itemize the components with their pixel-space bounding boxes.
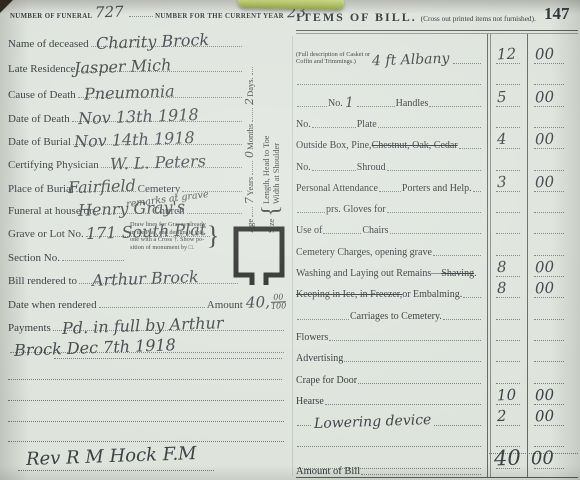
dollars-value: 3 bbox=[497, 175, 507, 190]
form-row: Name of deceasedCharity Brock bbox=[8, 29, 244, 50]
bill-row: Advertising bbox=[296, 344, 578, 365]
center-divider bbox=[292, 36, 293, 476]
dotted-rule bbox=[433, 254, 481, 256]
handwriting-value: 1 bbox=[344, 95, 353, 109]
blank-rule bbox=[8, 399, 284, 401]
dollars-value: 2 bbox=[497, 409, 507, 424]
age-column: Age 7 Years 0 Months 2 Days. bbox=[244, 36, 255, 233]
dotted-rule bbox=[378, 126, 481, 128]
form-row: Date when renderedAmount40,00100 bbox=[8, 290, 286, 311]
field-label: Grave or Lot No. bbox=[8, 228, 84, 240]
form-row: Date of BurialNov 14th 1918 bbox=[8, 127, 244, 148]
bill-row-label: Hearse bbox=[296, 396, 482, 408]
dotted-rule bbox=[329, 339, 481, 341]
form-row: Bill rendered toArthur Brock bbox=[8, 266, 240, 287]
handwriting-value: Charity Brock bbox=[96, 32, 210, 52]
dotted-rule bbox=[323, 232, 361, 234]
current-year-label: Number for the Current Year bbox=[155, 13, 284, 20]
dotted-rule bbox=[344, 360, 481, 362]
cents-value: 00 bbox=[535, 260, 555, 276]
fraction-denominator: 100 bbox=[271, 302, 287, 311]
blank-rule bbox=[8, 440, 284, 442]
dotted-rule bbox=[357, 105, 395, 107]
printed-text: Outside Box, Pine, bbox=[296, 140, 372, 152]
bill-row-label: prs. Gloves for bbox=[296, 204, 482, 216]
dollars-cell bbox=[496, 83, 520, 85]
dotted-rule bbox=[297, 424, 311, 426]
dollars-cell bbox=[496, 254, 520, 256]
cents-value: 00 bbox=[535, 387, 555, 403]
bill-row-label: (Full description of Casket orCoffin and… bbox=[296, 52, 482, 67]
cents-cell: 00 bbox=[534, 275, 564, 277]
dollars-cell bbox=[496, 382, 520, 384]
cents-value: 00 bbox=[535, 132, 555, 148]
bill-row-label: Lowering device bbox=[296, 415, 482, 429]
bill-row: Carriages to Cemetery. bbox=[296, 302, 578, 323]
handwriting-value: Pneumonia bbox=[84, 83, 175, 102]
bill-row: (Full description of Casket orCoffin and… bbox=[296, 46, 578, 67]
struck-out-text: Shaving bbox=[441, 268, 474, 280]
dollars-value: 5 bbox=[497, 89, 507, 104]
bill-row: Personal Attendance Porters and Help.300 bbox=[296, 174, 578, 195]
dotted-rule bbox=[251, 108, 253, 122]
cents-cell bbox=[534, 211, 564, 213]
minister-signature: Rev R M Hock F.M bbox=[26, 445, 197, 469]
cents-cell bbox=[534, 360, 564, 362]
dotted-rule bbox=[129, 15, 153, 17]
dotted-rule bbox=[387, 169, 481, 171]
bill-row-label: Cemetery Charges, opening grave bbox=[296, 247, 482, 259]
field-label: Place of Burial bbox=[8, 183, 74, 195]
total-cents-value: 00 bbox=[531, 450, 555, 469]
dotted-rule bbox=[443, 318, 481, 320]
dotted-rule bbox=[312, 169, 356, 171]
form-row: Funeral at house orChurchHenry Gray'srem… bbox=[8, 196, 244, 217]
field-label: Section No. bbox=[8, 252, 60, 264]
dollars-cell bbox=[496, 169, 520, 171]
bill-row-label: Keeping in Ice, in Freezer, or Embalming… bbox=[296, 289, 482, 301]
bill-row: No. 1 Handles500 bbox=[296, 89, 578, 110]
bill-row: Crape for Door bbox=[296, 366, 578, 387]
blank-rule bbox=[54, 357, 282, 359]
dotted-rule bbox=[297, 318, 349, 320]
field-label: Date of Death bbox=[8, 113, 70, 125]
dotted-rule bbox=[358, 382, 481, 384]
dollars-cell bbox=[496, 126, 520, 128]
years-label: Years bbox=[245, 177, 255, 196]
bill-row: prs. Gloves for bbox=[296, 195, 578, 216]
dotted-rule bbox=[459, 147, 481, 149]
handwriting-value: 171 South Plat bbox=[86, 222, 207, 242]
form-row: Late ResidenceJasper Mich bbox=[8, 54, 244, 75]
fraction-stack: 00100 bbox=[270, 293, 286, 311]
dollars-value: 12 bbox=[497, 47, 517, 63]
field-label: Date of Burial bbox=[8, 136, 71, 148]
field-label: Certifying Physician bbox=[8, 159, 99, 171]
printed-text: prs. Gloves for bbox=[326, 204, 386, 216]
cents-cell bbox=[534, 339, 564, 341]
dollars-value: 8 bbox=[497, 260, 507, 275]
dollars-cell bbox=[496, 318, 520, 320]
casket-description-line: Coffin and Trimmings.) bbox=[296, 59, 370, 66]
form-row: Brock Dec 7th 1918 bbox=[8, 335, 286, 356]
handwriting-value: Arthur Brock bbox=[92, 269, 199, 289]
size-brace: { bbox=[258, 205, 285, 217]
dotted-rule bbox=[453, 62, 481, 64]
total-dollars-value: 40 bbox=[494, 448, 521, 470]
printed-text: Cemetery Charges, opening grave bbox=[296, 247, 432, 259]
cents-cell bbox=[534, 254, 564, 256]
bill-row-label bbox=[296, 445, 482, 450]
struck-out-text: Keeping in Ice, in Freezer, bbox=[296, 289, 402, 301]
dotted-rule bbox=[312, 126, 356, 128]
bill-row: No. Shroud bbox=[296, 153, 578, 174]
dotted-rule bbox=[463, 296, 481, 298]
bill-row-label: Use of Chairs bbox=[296, 225, 482, 237]
cents-cell: 00 bbox=[534, 62, 564, 64]
cents-cell bbox=[534, 318, 564, 320]
grave-plot-diagram-icon bbox=[228, 221, 290, 291]
bill-row: Keeping in Ice, in Freezer, or Embalming… bbox=[296, 280, 578, 301]
bill-row: Cemetery Charges, opening grave bbox=[296, 238, 578, 259]
bill-row-label: Flowers bbox=[296, 332, 482, 344]
size-column: Size { Length, Head to Toe Width at Shou… bbox=[258, 85, 285, 233]
printed-text: Plate bbox=[357, 119, 377, 131]
items-of-bill-title: ITEMS OF BILL. bbox=[296, 10, 417, 24]
dotted-rule bbox=[99, 306, 205, 308]
bill-row: Use of Chairs bbox=[296, 216, 578, 237]
printed-text: Crape for Door bbox=[296, 375, 357, 387]
size-lines: Length, Head to Toe Width at Shoulder bbox=[262, 135, 281, 204]
printed-text: Porters and Help. bbox=[402, 183, 472, 195]
casket-description-label: (Full description of Casket orCoffin and… bbox=[296, 52, 370, 66]
cents-value: 00 bbox=[535, 47, 555, 63]
dotted-rule bbox=[325, 403, 481, 405]
handwriting-value: Fairfield bbox=[68, 178, 136, 196]
form-row: Section No. bbox=[8, 243, 126, 264]
bill-row-label bbox=[296, 83, 482, 88]
struck-out-text: Chestnut, Oak, Cedar bbox=[372, 140, 458, 152]
bill-row: Flowers bbox=[296, 323, 578, 344]
dotted-rule bbox=[473, 190, 481, 192]
cents-cell: 00 bbox=[534, 403, 564, 405]
dollars-value: 4 bbox=[497, 132, 507, 147]
handwriting-value: 4 ft Albany bbox=[372, 52, 450, 69]
field-label: Date when rendered bbox=[8, 299, 97, 311]
printed-text: Handles bbox=[396, 98, 429, 110]
cents-cell bbox=[534, 232, 564, 234]
header-rule bbox=[296, 30, 578, 31]
dotted-rule bbox=[390, 232, 482, 234]
bill-row: Outside Box, Pine, Chestnut, Oak, Cedar4… bbox=[296, 131, 578, 152]
handwriting-value: Jasper Mich bbox=[74, 57, 172, 76]
printed-text: Advertising bbox=[296, 353, 343, 365]
cents-cell bbox=[534, 126, 564, 128]
form-row: Place of BurialCemeteryFairfield bbox=[8, 174, 244, 195]
cents-cell: 00 bbox=[534, 190, 564, 192]
bill-row-label: No. Plate bbox=[296, 119, 482, 131]
age-years-value: 7 bbox=[244, 197, 255, 204]
plot-note-line4: sition of monument by □. bbox=[130, 244, 206, 252]
dollars-cell: 12 bbox=[496, 62, 520, 64]
printed-text: No. bbox=[328, 98, 343, 110]
blank-rule bbox=[8, 420, 284, 422]
days-label: Days. bbox=[245, 77, 255, 97]
funeral-number-label: Number of Funeral bbox=[10, 13, 92, 20]
dollars-cell: 5 bbox=[496, 105, 520, 107]
bill-row: No. Plate bbox=[296, 110, 578, 131]
months-label: Months bbox=[245, 124, 255, 150]
dotted-rule bbox=[434, 424, 481, 426]
cents-cell bbox=[534, 83, 564, 85]
age-months-value: 0 bbox=[244, 151, 255, 158]
size-width-label: Width at Shoulder bbox=[272, 135, 282, 204]
field-label: Bill rendered to bbox=[8, 275, 77, 287]
funeral-number-value: 727 bbox=[95, 5, 124, 21]
dotted-rule bbox=[297, 211, 325, 213]
size-length-label: Length, Head to Toe bbox=[262, 135, 272, 204]
handwriting-value: Pd. in full by Arthur bbox=[62, 315, 224, 337]
dollars-cell bbox=[496, 211, 520, 213]
cents-cell: 00 bbox=[534, 296, 564, 298]
cents-value: 00 bbox=[535, 89, 555, 105]
bill-row: Lowering device200 bbox=[296, 408, 578, 429]
field-label: Cause of Death bbox=[8, 89, 76, 101]
dotted-rule bbox=[297, 105, 327, 107]
printed-text: Flowers bbox=[296, 332, 328, 344]
bill-row-label: Carriages to Cemetery. bbox=[296, 311, 482, 323]
amount-fraction-value: 40,00100 bbox=[246, 293, 287, 311]
page-number: 147 bbox=[544, 4, 570, 24]
header-rule-2 bbox=[296, 33, 578, 34]
funeral-ledger-photo: Number of Funeral 727 Number for the Cur… bbox=[0, 0, 580, 480]
dotted-rule bbox=[297, 445, 481, 447]
amount-of-bill-label: Amount of Bill bbox=[296, 466, 360, 478]
printed-text: Personal Attendance bbox=[296, 183, 378, 195]
handwriting-value: Brock Dec 7th 1918 bbox=[14, 337, 176, 359]
dotted-rule bbox=[297, 83, 481, 85]
form-row: Certifying PhysicianW. L. Peters bbox=[8, 150, 244, 171]
dollars-cell: 8 bbox=[496, 275, 520, 277]
bill-row-label: No. Shroud bbox=[296, 162, 482, 174]
printed-text: No. bbox=[296, 119, 311, 131]
dotted-rule bbox=[187, 212, 243, 214]
printed-text: or Embalming. bbox=[402, 289, 462, 301]
handwriting-value: W. L. Peters bbox=[110, 153, 206, 172]
dollars-value: 8 bbox=[497, 281, 507, 296]
form-row: Date of DeathNov 13th 1918 bbox=[8, 104, 244, 125]
bill-row: Washing and Laying out Remains—Shaving.8… bbox=[296, 259, 578, 280]
cents-cell: 00 bbox=[534, 147, 564, 149]
cents-value: 00 bbox=[535, 281, 555, 297]
dotted-rule bbox=[429, 105, 481, 107]
cents-cell: 00 bbox=[534, 105, 564, 107]
cents-value: 00 bbox=[535, 409, 555, 425]
age-days-value: 2 bbox=[244, 98, 255, 105]
cents-cell bbox=[534, 382, 564, 384]
printed-text: . bbox=[474, 268, 477, 280]
handwriting-value: Nov 13th 1918 bbox=[78, 107, 199, 127]
bill-row-label: Washing and Laying out Remains—Shaving. bbox=[296, 268, 482, 280]
items-of-bill-header: ITEMS OF BILL. (Cross out printed items … bbox=[296, 8, 536, 26]
bill-row bbox=[296, 67, 578, 88]
bill-row-label: Outside Box, Pine, Chestnut, Oak, Cedar bbox=[296, 140, 482, 152]
printed-text: Shroud bbox=[357, 162, 386, 174]
dollars-cell: 4 bbox=[496, 147, 520, 149]
photo-corner-shadow bbox=[0, 0, 13, 13]
dotted-rule bbox=[361, 473, 481, 475]
dotted-rule bbox=[387, 211, 481, 213]
printed-text: Carriages to Cemetery. bbox=[350, 311, 442, 323]
printed-text: Chairs bbox=[362, 225, 388, 237]
bill-row-label: Advertising bbox=[296, 353, 482, 365]
dotted-rule bbox=[379, 190, 401, 192]
form-row: Grave or Lot No.171 South Plat bbox=[8, 219, 212, 240]
blank-rule bbox=[8, 378, 282, 380]
field-label: Name of deceased bbox=[8, 38, 89, 50]
bill-row-label: No. 1 Handles bbox=[296, 96, 482, 110]
printed-text: Washing and Laying out Remains— bbox=[296, 268, 441, 280]
dollars-cell: 8 bbox=[496, 296, 520, 298]
printed-text: No. bbox=[296, 162, 311, 174]
bill-row-label: Crape for Door bbox=[296, 375, 482, 387]
bill-row-label: Personal Attendance Porters and Help. bbox=[296, 183, 482, 195]
dotted-rule bbox=[251, 67, 253, 75]
signature-rule bbox=[18, 469, 214, 471]
dollars-cell bbox=[496, 232, 520, 234]
amount-whole: 40, bbox=[246, 295, 270, 311]
printed-text: Hearse bbox=[296, 396, 324, 408]
dollars-cell: 10 bbox=[496, 403, 520, 405]
cents-value: 00 bbox=[535, 174, 555, 190]
form-row: Cause of DeathPneumonia bbox=[8, 80, 244, 101]
dollars-cell bbox=[496, 360, 520, 362]
items-of-bill-note: (Cross out printed items not furnished). bbox=[421, 14, 536, 23]
dollars-cell: 3 bbox=[496, 190, 520, 192]
field-label: Late Residence bbox=[8, 63, 76, 75]
printed-text: Use of bbox=[296, 225, 322, 237]
bill-row: Hearse1000 bbox=[296, 387, 578, 408]
cents-cell: 00 bbox=[534, 424, 564, 426]
field-suffix: Amount bbox=[207, 299, 243, 311]
dollars-cell: 2 bbox=[496, 424, 520, 426]
dotted-rule bbox=[251, 207, 253, 217]
field-label: Payments bbox=[8, 322, 51, 334]
dotted-rule bbox=[62, 259, 124, 261]
dotted-rule bbox=[251, 161, 253, 175]
dollars-value: 10 bbox=[497, 387, 517, 403]
dollars-cell bbox=[496, 339, 520, 341]
form-row: PaymentsPd. in full by Arthur bbox=[8, 313, 286, 334]
cents-cell bbox=[534, 169, 564, 171]
handwriting-value: Nov 14th 1918 bbox=[74, 130, 195, 150]
